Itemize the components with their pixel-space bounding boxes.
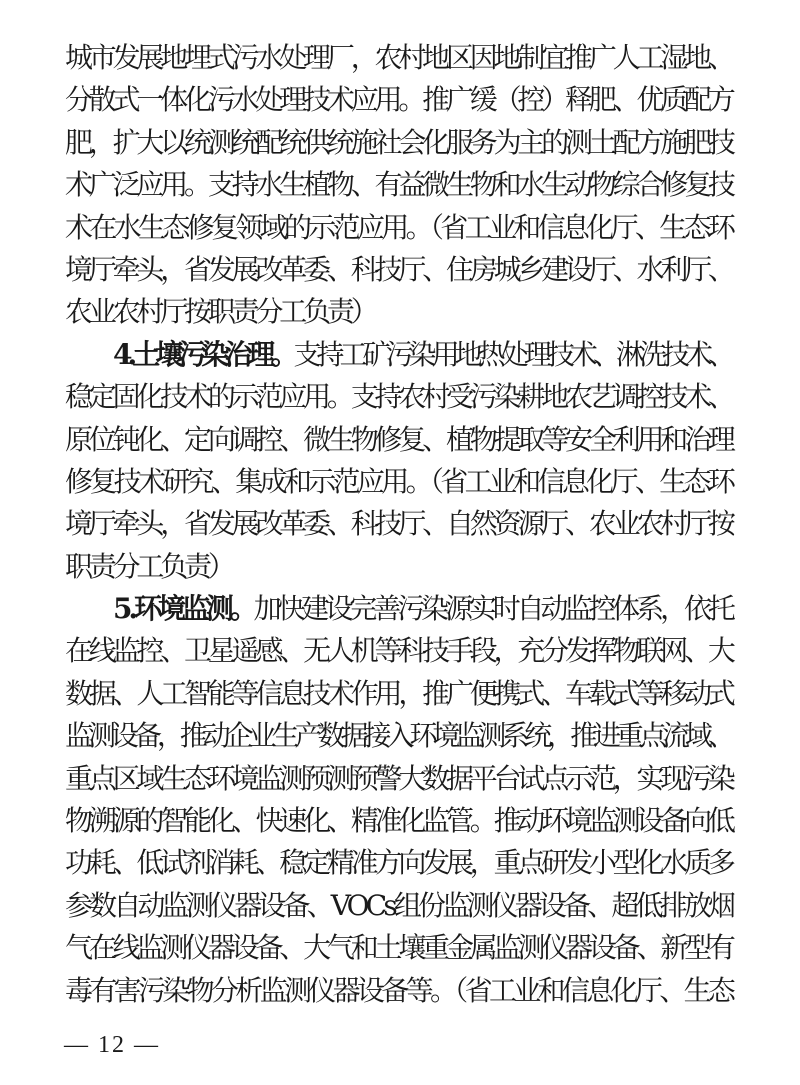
section-first-line: 4.土壤污染治理。支持工矿污染用地热处理技术、淋洗技术、 <box>65 334 736 376</box>
section-text: 加快建设完善污染源实时自动监控体系，依托 <box>254 592 732 625</box>
text-line: 重点区域生态环境监测预测预警大数据平台试点示范，实现污染 <box>65 758 736 800</box>
document-page: 城市发展地埋式污水处理厂，农村地区因地制宜推广人工湿地、 分散式一体化污水处理技… <box>0 0 800 1085</box>
text-line: 术在水生态修复领域的示范应用。（省工业和信息化厅、生态环 <box>65 207 736 249</box>
body-text: 城市发展地埋式污水处理厂，农村地区因地制宜推广人工湿地、 分散式一体化污水处理技… <box>65 37 736 1012</box>
text-line: 在线监控、卫星遥感、无人机等科技手段，充分发挥物联网、大 <box>65 630 736 672</box>
text-line: 原位钝化、定向调控、微生物修复、植物提取等安全利用和治理 <box>65 419 736 461</box>
section-heading-monitoring: 5.环境监测。 <box>113 592 254 625</box>
text-line: 稳定固化技术的示范应用。支持农村受污染耕地农艺调控技术、 <box>65 376 736 418</box>
text-line: 监测设备，推动企业生产数据接入环境监测系统，推进重点流域、 <box>65 715 736 757</box>
text-line: 术广泛应用。支持水生植物、有益微生物和水生动物综合修复技 <box>65 164 736 206</box>
section-first-line: 5.环境监测。加快建设完善污染源实时自动监控体系，依托 <box>65 588 736 630</box>
text-line: 城市发展地埋式污水处理厂，农村地区因地制宜推广人工湿地、 <box>65 37 736 79</box>
text-line: 参数自动监测仪器设备、VOCs组份监测仪器设备、超低排放烟 <box>65 885 736 927</box>
text-line: 物溯源的智能化、快速化、精准化监管。推动环境监测设备向低 <box>65 800 736 842</box>
text-line: 肥，扩大以统测统配统供统施社会化服务为主的测土配方施肥技 <box>65 122 736 164</box>
section-heading-soil: 4.土壤污染治理。 <box>113 338 294 371</box>
text-line: 农业农村厅按职责分工负责） <box>65 291 736 333</box>
page-number: — 12 — <box>64 1032 160 1059</box>
text-line: 修复技术研究、集成和示范应用。（省工业和信息化厅、生态环 <box>65 461 736 503</box>
text-line: 境厅牵头，省发展改革委、科技厅、住房城乡建设厅、水利厅、 <box>65 249 736 291</box>
text-line: 职责分工负责） <box>65 546 736 588</box>
text-line: 气在线监测仪器设备、大气和土壤重金属监测仪器设备、新型有 <box>65 927 736 969</box>
text-line: 功耗、低试剂消耗、稳定精准方向发展，重点研发小型化水质多 <box>65 842 736 884</box>
text-line: 数据、人工智能等信息技术作用，推广便携式、车载式等移动式 <box>65 673 736 715</box>
text-line: 分散式一体化污水处理技术应用。推广缓（控）释肥、优质配方 <box>65 79 736 121</box>
text-line: 毒有害污染物分析监测仪器设备等。（省工业和信息化厅、生态 <box>65 970 736 1012</box>
section-text: 支持工矿污染用地热处理技术、淋洗技术、 <box>294 338 732 371</box>
text-line: 境厅牵头，省发展改革委、科技厅、自然资源厅、农业农村厅按 <box>65 503 736 545</box>
